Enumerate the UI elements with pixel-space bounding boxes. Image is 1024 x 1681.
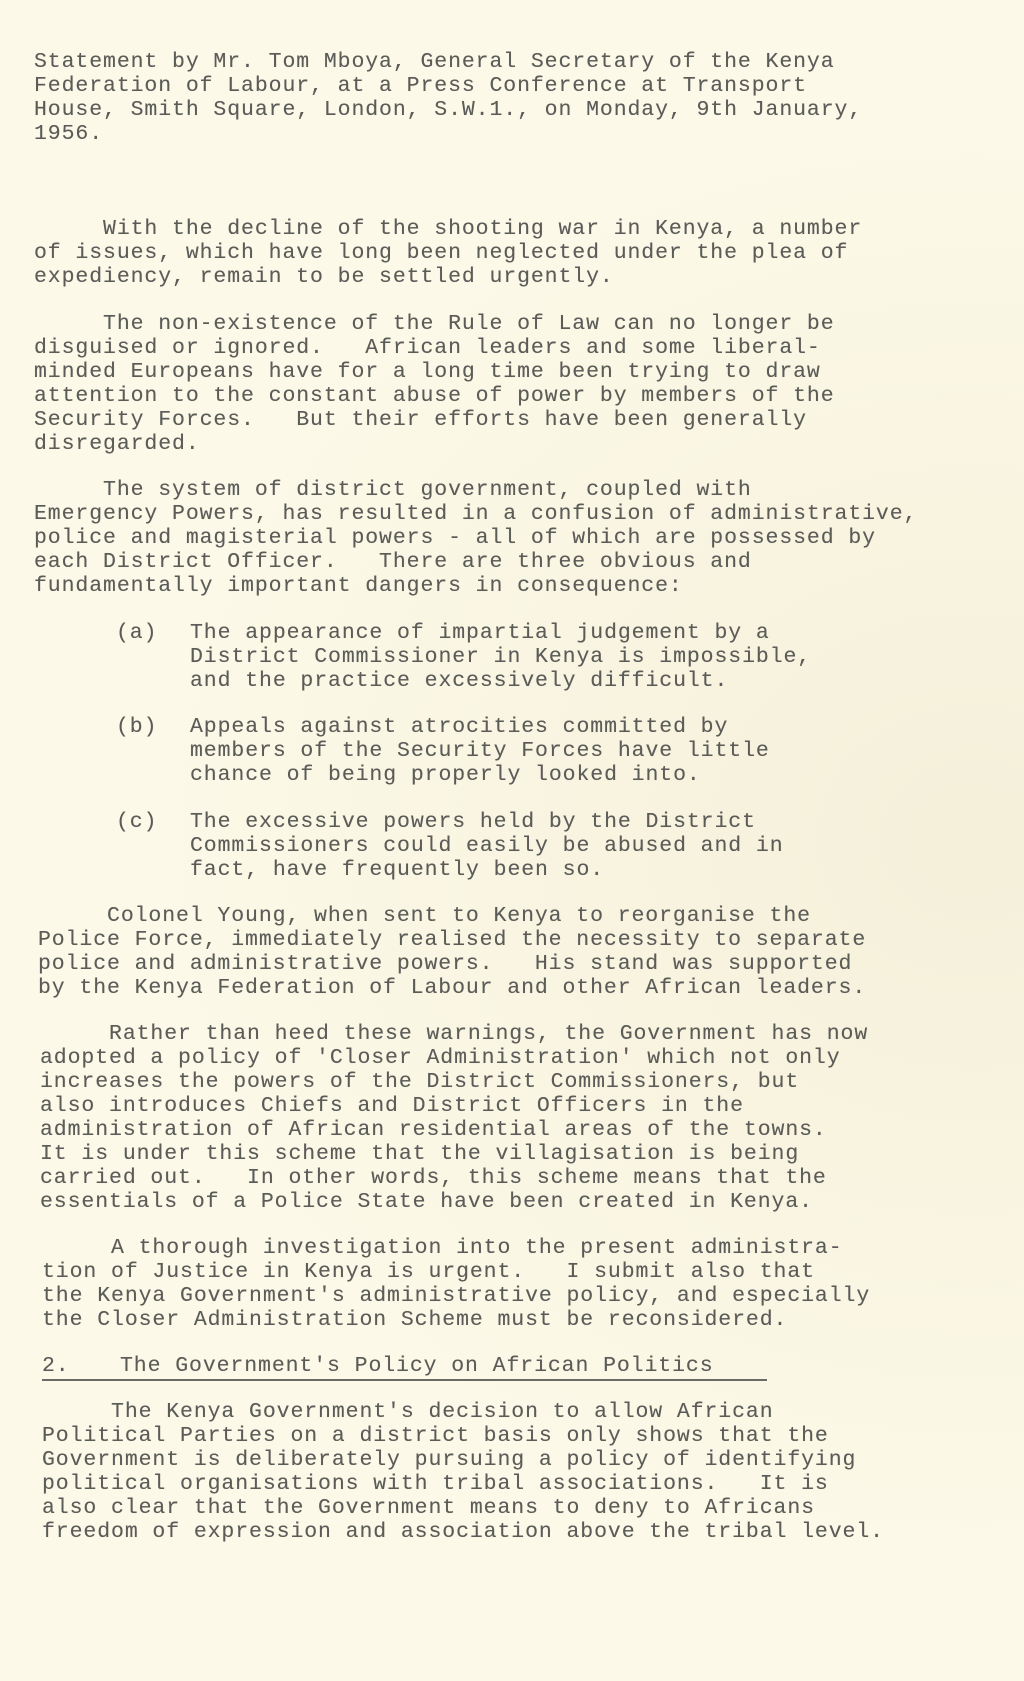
paragraph-line: Colonel Young, when sent to Kenya to reo… [38,904,811,928]
paragraph-line: police and administrative powers. His st… [38,952,852,976]
paragraph-line: Government is deliberately pursuing a po… [42,1448,856,1472]
paragraph-line: each District Officer. There are three o… [34,550,752,574]
intro-line: House, Smith Square, London, S.W.1., on … [34,98,862,122]
paragraph-line: adopted a policy of 'Closer Administrati… [40,1046,841,1070]
paragraph-line: of issues, which have long been neglecte… [34,241,848,265]
paragraph-line: political organisations with tribal asso… [42,1472,829,1496]
paragraph-line: also introduces Chiefs and District Offi… [40,1094,744,1118]
paragraph-line: Rather than heed these warnings, the Gov… [40,1022,868,1046]
paragraph-line: disguised or ignored. African leaders an… [34,336,821,360]
intro-line: Federation of Labour, at a Press Confere… [34,74,807,98]
intro-line: 1956. [34,122,103,146]
paragraph-line: Emergency Powers, has resulted in a conf… [34,502,917,526]
list-item-line: The excessive powers held by the Distric… [190,810,756,834]
typewritten-page: Statement by Mr. Tom Mboya, General Secr… [0,0,1024,1681]
paragraph-line: freedom of expression and association ab… [42,1520,884,1544]
paragraph-line: A thorough investigation into the presen… [42,1236,843,1260]
intro-line: Statement by Mr. Tom Mboya, General Secr… [34,50,835,74]
paragraph-line: disregarded. [34,432,200,456]
section-title: The Government's Policy on African Polit… [120,1354,714,1378]
paragraph-line: Police Force, immediately realised the n… [38,928,866,952]
list-item-line: Appeals against atrocities committed by [190,715,728,739]
paragraph-line: With the decline of the shooting war in … [34,217,862,241]
paragraph-line: It is under this scheme that the villagi… [40,1142,799,1166]
paragraph-line: increases the powers of the District Com… [40,1070,799,1094]
paragraph-line: the Kenya Government's administrative po… [42,1284,870,1308]
paragraph-line: police and magisterial powers - all of w… [34,526,876,550]
paragraph-line: The non-existence of the Rule of Law can… [34,312,835,336]
list-item-line: fact, have frequently been so. [190,858,604,882]
list-marker: (a) [116,621,157,645]
list-item-line: and the practice excessively difficult. [190,669,728,693]
list-marker: (c) [116,810,157,834]
paragraph-line: attention to the constant abuse of power… [34,384,835,408]
list-item-line: The appearance of impartial judgement by… [190,621,770,645]
paragraph-line: The Kenya Government's decision to allow… [42,1400,774,1424]
paragraph-line: administration of African residential ar… [40,1118,827,1142]
paragraph-line: tion of Justice in Kenya is urgent. I su… [42,1260,815,1284]
section-number: 2. [42,1354,70,1378]
paragraph-line: essentials of a Police State have been c… [40,1190,813,1214]
paragraph-line: The system of district government, coupl… [34,478,752,502]
paragraph-line: carried out. In other words, this scheme… [40,1166,827,1190]
list-item-line: members of the Security Forces have litt… [190,739,770,763]
paragraph-line: by the Kenya Federation of Labour and ot… [38,976,866,1000]
paragraph-line: the Closer Administration Scheme must be… [42,1308,787,1332]
paragraph-line: Political Parties on a district basis on… [42,1424,829,1448]
paragraph-line: minded Europeans have for a long time be… [34,360,821,384]
paragraph-line: expediency, remain to be settled urgentl… [34,265,614,289]
paragraph-line: also clear that the Government means to … [42,1496,815,1520]
list-item-line: Commissioners could easily be abused and… [190,834,784,858]
list-marker: (b) [116,715,157,739]
paragraph-line: Security Forces. But their efforts have … [34,408,807,432]
heading-underline [42,1379,767,1381]
list-item-line: District Commissioner in Kenya is imposs… [190,645,811,669]
paragraph-line: fundamentally important dangers in conse… [34,574,683,598]
list-item-line: chance of being properly looked into. [190,763,701,787]
